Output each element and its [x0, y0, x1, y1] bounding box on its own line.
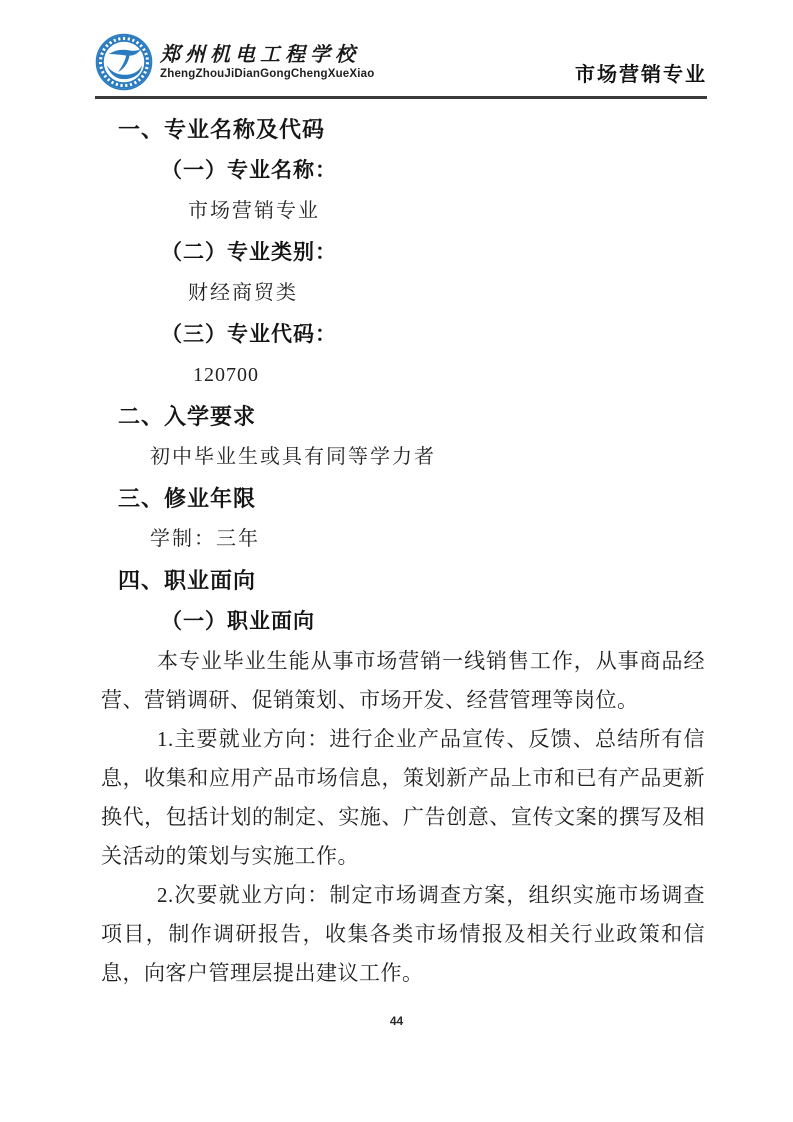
section-4-1-heading: （一）职业面向: [95, 601, 707, 642]
page-number: 44: [0, 1014, 793, 1028]
career-overview-paragraph: 本专业毕业生能从事市场营销一线销售工作，从事商品经营、营销调研、促销策划、市场开…: [95, 642, 707, 720]
school-pinyin: ZhengZhouJiDianGongChengXueXiao: [160, 67, 374, 82]
study-duration-value: 学制：三年: [95, 519, 707, 560]
school-name: 郑州机电工程学校: [160, 43, 374, 67]
major-name-value: 市场营销专业: [95, 191, 707, 232]
secondary-employment-paragraph: 2.次要就业方向：制定市场调查方案，组织实施市场调查项目，制作调研报告，收集各类…: [95, 876, 707, 993]
page-header: 郑州机电工程学校 ZhengZhouJiDianGongChengXueXiao…: [95, 33, 707, 99]
school-emblem-icon: [95, 33, 153, 91]
admission-requirement-value: 初中毕业生或具有同等学力者: [95, 437, 707, 478]
section-1-2-heading: （二）专业类别：: [95, 232, 707, 273]
school-logo-text: 郑州机电工程学校 ZhengZhouJiDianGongChengXueXiao: [160, 33, 374, 82]
section-2-heading: 二、入学要求: [95, 396, 707, 437]
section-3-heading: 三、修业年限: [95, 478, 707, 519]
document-page: 郑州机电工程学校 ZhengZhouJiDianGongChengXueXiao…: [0, 0, 793, 1122]
document-body: 一、专业名称及代码 （一）专业名称： 市场营销专业 （二）专业类别： 财经商贸类…: [95, 109, 707, 993]
section-1-3-heading: （三）专业代码：: [95, 314, 707, 355]
primary-employment-paragraph: 1.主要就业方向：进行企业产品宣传、反馈、总结所有信息，收集和应用产品市场信息，…: [95, 720, 707, 876]
major-category-value: 财经商贸类: [95, 273, 707, 314]
doc-title: 市场营销专业: [575, 58, 707, 87]
school-logo: 郑州机电工程学校 ZhengZhouJiDianGongChengXueXiao: [95, 33, 374, 91]
section-1-heading: 一、专业名称及代码: [95, 109, 707, 150]
section-1-1-heading: （一）专业名称：: [95, 150, 707, 191]
major-code-value: 120700: [95, 355, 707, 396]
section-4-heading: 四、职业面向: [95, 560, 707, 601]
